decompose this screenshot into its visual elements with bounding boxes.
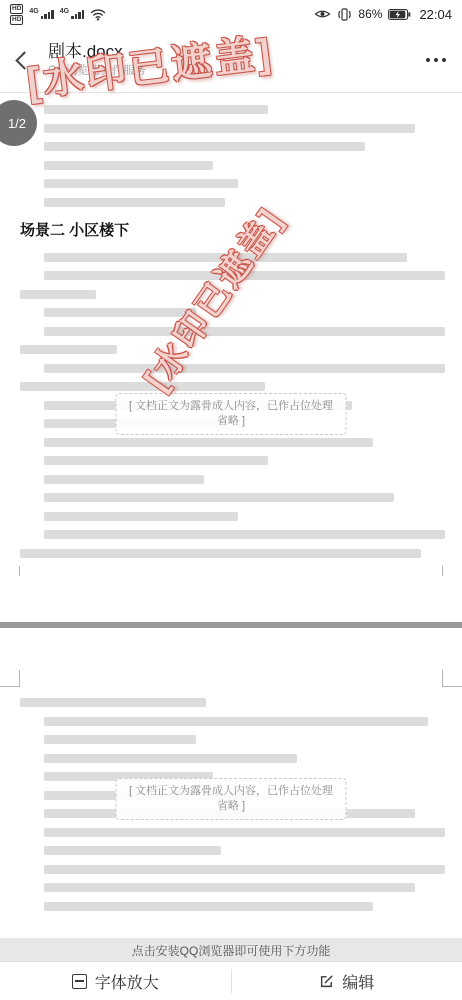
phone-screen: HD HD 4G 4G [0, 0, 462, 1000]
page1-intro-lines [20, 105, 442, 207]
redacted-text-line [44, 512, 238, 521]
hd-icon: HD HD [10, 4, 23, 25]
network-label-2: 4G [60, 8, 69, 15]
redacted-text-line [44, 754, 297, 763]
redaction-notice: [ 文档正文为露骨成人内容，已作占位处理省略 ] [116, 393, 347, 435]
network-label-1: 4G [29, 8, 38, 15]
clock: 22:04 [419, 7, 452, 22]
redacted-text-line [44, 124, 415, 133]
redacted-text-line [44, 198, 225, 207]
signal-icon-sim2: 4G [60, 10, 84, 19]
redacted-text-line [44, 142, 365, 151]
redacted-text-line [44, 735, 196, 744]
edit-icon [319, 974, 334, 989]
bottom-action-bar: 字体放大 编辑 [0, 961, 462, 1000]
redacted-text-line [44, 456, 268, 465]
header-bar: 剧本.docx QQ浏览器文件服务 [0, 28, 462, 93]
redacted-text-line [44, 493, 394, 502]
redacted-text-line [20, 290, 96, 299]
redacted-text-line [44, 902, 373, 911]
document-title: 剧本.docx [48, 41, 424, 62]
edit-button[interactable]: 编辑 [232, 962, 462, 1000]
kebab-dot [434, 58, 438, 62]
scene-heading: 场景二 小区楼下 [20, 221, 442, 241]
redacted-text-line [44, 327, 445, 336]
status-left-cluster: HD HD 4G 4G [10, 4, 106, 25]
redacted-text-line [44, 253, 407, 262]
redacted-text-line [44, 530, 445, 539]
kebab-dot [426, 58, 430, 62]
page-margin-mark [19, 566, 20, 576]
redacted-text-line [20, 382, 265, 391]
service-subtitle: QQ浏览器文件服务 [48, 64, 424, 79]
battery-percent: 86% [358, 7, 382, 21]
document-page-2: [ 文档正文为露骨成人内容，已作占位处理省略 ] [0, 628, 462, 938]
status-right-cluster: 86% 22:04 [314, 7, 452, 22]
more-menu-button[interactable] [424, 48, 448, 72]
document-scroll-area[interactable]: 场景二 小区楼下 [ 文档正文为露骨成人内容，已作占位处理省略 ] [ 文档正文… [0, 93, 462, 938]
redacted-text-line [44, 828, 445, 837]
redacted-text-line [44, 364, 445, 373]
hd1-badge: HD [10, 4, 23, 14]
hd2-badge: HD [10, 15, 23, 25]
redacted-text-line [44, 308, 196, 317]
redacted-text-line [44, 161, 213, 170]
redacted-text-line [20, 345, 117, 354]
font-size-icon [72, 974, 87, 989]
page-margin-mark [442, 670, 462, 687]
edit-label: 编辑 [342, 970, 374, 993]
redacted-text-line [44, 865, 445, 874]
back-chevron-icon [15, 51, 33, 69]
kebab-dot [442, 58, 446, 62]
redaction-notice: [ 文档正文为露骨成人内容，已作占位处理省略 ] [116, 778, 347, 820]
font-enlarge-button[interactable]: 字体放大 [0, 962, 231, 1000]
redacted-text-line [44, 846, 221, 855]
redacted-text-line [20, 698, 206, 707]
redacted-text-line [44, 438, 373, 447]
status-bar: HD HD 4G 4G [0, 0, 462, 28]
redacted-text-line [44, 475, 204, 484]
eye-comfort-icon [314, 8, 331, 20]
redacted-text-line [44, 883, 415, 892]
battery-charging-icon [388, 9, 411, 20]
redacted-text-line [44, 271, 445, 280]
install-prompt-bar[interactable]: 点击安装QQ浏览器即可使用下方功能 [0, 938, 462, 962]
font-enlarge-label: 字体放大 [95, 970, 159, 993]
install-prompt-text: 点击安装QQ浏览器即可使用下方功能 [132, 942, 331, 959]
title-block: 剧本.docx QQ浏览器文件服务 [44, 41, 424, 79]
wifi-icon [90, 8, 106, 21]
redacted-text-line [20, 549, 421, 558]
vibrate-icon [337, 8, 352, 21]
redacted-text-line [44, 179, 238, 188]
back-button[interactable] [14, 40, 44, 80]
page-margin-mark [442, 566, 443, 576]
redacted-text-line [44, 717, 428, 726]
document-page-1: 场景二 小区楼下 [ 文档正文为露骨成人内容，已作占位处理省略 ] [0, 93, 462, 622]
redacted-text-line [44, 105, 268, 114]
page-margin-mark [0, 670, 20, 687]
signal-icon-sim1: 4G [29, 10, 53, 19]
